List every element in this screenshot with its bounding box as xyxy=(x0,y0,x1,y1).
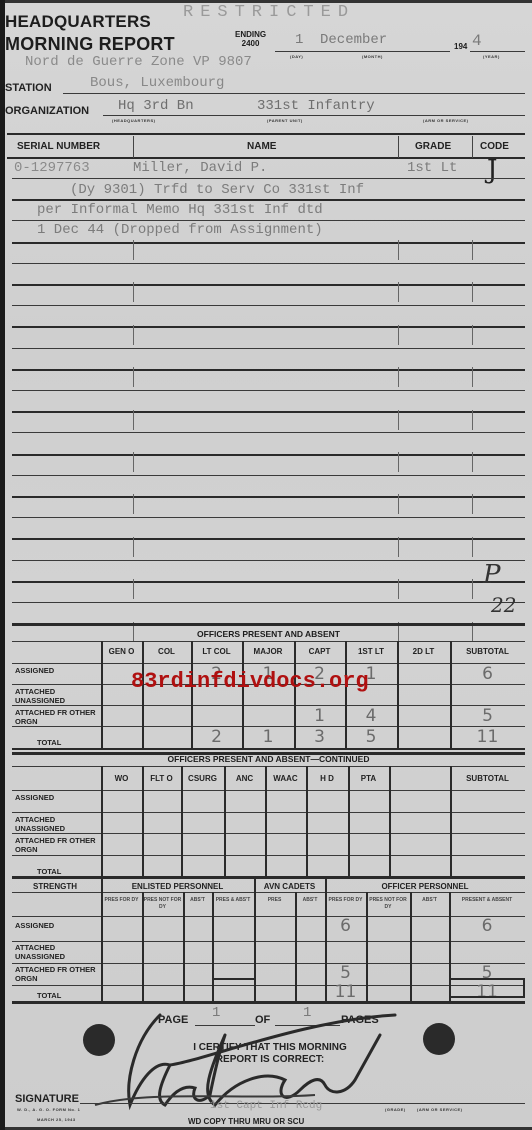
ruled-line xyxy=(12,220,525,221)
officer-count-cell: 4 xyxy=(345,706,397,726)
year-digit: 4 xyxy=(472,32,482,50)
officers-table-title: OFFICERS PRESENT AND ABSENT xyxy=(5,629,532,639)
organization-label: ORGANIZATION xyxy=(5,105,89,117)
ending-text: ENDING xyxy=(235,30,266,39)
ruled-line xyxy=(12,263,525,264)
roster-divider xyxy=(398,136,399,158)
ruled-divider xyxy=(133,494,134,514)
subcolumn-header: PRES FOR DY xyxy=(326,897,365,904)
station-underline xyxy=(63,93,525,94)
ruled-divider xyxy=(398,537,399,557)
station-label: STATION xyxy=(5,82,52,94)
ruled-line xyxy=(12,454,525,456)
ruled-divider xyxy=(133,325,134,345)
group-enlisted: ENLISTED PERSONNEL xyxy=(101,882,254,891)
column-header: ANC xyxy=(224,774,265,783)
year-underline xyxy=(470,51,525,52)
title-headquarters: HEADQUARTERS xyxy=(5,13,151,30)
signatory-rank: 1st Capt Inf Rcdg xyxy=(210,1100,322,1112)
ruled-line xyxy=(12,432,525,433)
column-header: LT COL xyxy=(191,647,242,656)
column-header: WAAC xyxy=(265,774,306,783)
officer-count-cell: 1 xyxy=(294,706,345,726)
column-header: SUBTOTAL xyxy=(450,647,525,656)
ruled-divider xyxy=(398,325,399,345)
column-header: H D xyxy=(306,774,348,783)
column-header: COL xyxy=(142,647,191,656)
punch-hole-right xyxy=(423,1023,455,1055)
row-label: TOTAL xyxy=(15,867,97,876)
grid-rule xyxy=(12,748,525,750)
row-label: ATTACHED FR OTHER ORGN xyxy=(15,965,97,983)
margin-mark-p: P xyxy=(483,560,501,590)
organization-hq: Hq 3rd Bn xyxy=(118,98,194,114)
ruled-divider xyxy=(133,367,134,387)
row-label: ASSIGNED xyxy=(15,921,97,930)
month-caption: (MONTH) xyxy=(362,54,383,59)
subcolumn-header: ABS'T xyxy=(411,897,448,904)
ruled-divider xyxy=(472,240,473,260)
row-label: ASSIGNED xyxy=(15,666,97,675)
col-code: CODE xyxy=(480,141,509,152)
ruled-line xyxy=(12,348,525,349)
grid-divider xyxy=(183,892,185,1001)
officers-cont-title: OFFICERS PRESENT AND ABSENT—CONTINUED xyxy=(5,754,532,764)
officer-count-cell: 5 xyxy=(450,706,525,726)
column-header: 1ST LT xyxy=(345,647,397,656)
ruled-divider xyxy=(472,579,473,599)
column-header: SUBTOTAL xyxy=(450,774,525,783)
row-label: ATTACHED UNASSIGNED xyxy=(15,943,97,961)
subcolumn-header: PRES xyxy=(255,897,294,904)
grid-rule xyxy=(12,641,525,642)
ruled-divider xyxy=(472,452,473,472)
column-header: CAPT xyxy=(294,647,345,656)
subcolumn-header: ABS'T xyxy=(184,897,211,904)
ruled-line xyxy=(12,305,525,306)
ruled-divider xyxy=(398,452,399,472)
roster-divider xyxy=(472,136,473,158)
grid-divider xyxy=(101,641,103,748)
column-header: CSURG xyxy=(181,774,224,783)
grid-rule xyxy=(12,790,525,791)
ruled-divider xyxy=(472,367,473,387)
grid-rule xyxy=(12,855,525,856)
row-label: TOTAL xyxy=(15,738,97,747)
ruled-line xyxy=(12,411,525,413)
year-caption: (YEAR) xyxy=(483,54,500,59)
column-header: 2D LT xyxy=(397,647,450,656)
ruled-divider xyxy=(133,240,134,260)
subcolumn-header: PRESENT & ABSENT xyxy=(450,897,524,904)
column-header: MAJOR xyxy=(242,647,294,656)
ruled-divider xyxy=(398,282,399,302)
strength-count-cell: 11 xyxy=(325,982,366,1002)
roster-header-rule xyxy=(7,157,525,159)
ruled-line xyxy=(12,326,525,328)
signature-label: SIGNATURE xyxy=(15,1093,79,1105)
ruled-line xyxy=(12,496,525,498)
subcolumn-header: PRES NOT FOR DY xyxy=(143,897,182,911)
ruled-line xyxy=(12,581,525,583)
row-label: ATTACHED FR OTHER ORGN xyxy=(15,836,97,854)
ruled-line xyxy=(12,538,525,540)
report-day: 1 xyxy=(295,32,303,48)
date-underline xyxy=(275,51,450,52)
grid-rule xyxy=(12,812,525,813)
col-serial-number: SERIAL NUMBER xyxy=(17,141,100,152)
column-header: PTA xyxy=(348,774,389,783)
year-prefix: 194 xyxy=(454,42,467,51)
ruled-line xyxy=(12,369,525,371)
ruled-line xyxy=(12,390,525,391)
officers-top-rule xyxy=(12,623,525,626)
ruled-divider xyxy=(133,537,134,557)
entry-name: Miller, David P. xyxy=(133,160,267,176)
column-header: FLT O xyxy=(142,774,181,783)
ruled-line xyxy=(12,178,525,179)
form-id: W. D., A. G. O. FORM No. 1 xyxy=(17,1107,80,1112)
day-caption: (DAY) xyxy=(290,54,303,59)
officer-count-cell: 6 xyxy=(450,664,525,684)
ruled-divider xyxy=(133,410,134,430)
column-header: WO xyxy=(101,774,142,783)
ruled-line xyxy=(12,199,525,201)
officer-count-cell: 2 xyxy=(191,727,242,747)
remark-line-3: 1 Dec 44 (Dropped from Assignment) xyxy=(37,222,323,238)
ruled-line xyxy=(12,475,525,476)
col-grade: GRADE xyxy=(415,141,451,152)
ruled-divider xyxy=(472,282,473,302)
organization-underline xyxy=(103,115,525,116)
grid-rule xyxy=(12,833,525,834)
col-name: NAME xyxy=(247,141,276,152)
ruled-line xyxy=(12,602,525,603)
roster-divider xyxy=(133,136,134,158)
strength-top-rule xyxy=(12,876,525,879)
ruled-divider xyxy=(133,452,134,472)
ending-time: 2400 xyxy=(235,39,266,48)
row-label: ATTACHED UNASSIGNED xyxy=(15,687,97,705)
parent-caption: (PARENT UNIT) xyxy=(267,118,303,123)
arm-caption: (ARM OR SERVICE) xyxy=(423,118,468,123)
classification-stamp: RESTRICTED xyxy=(183,3,355,22)
remark-line-1: (Dy 9301) Trfd to Serv Co 331st Inf xyxy=(70,182,364,198)
subcolumn-header: PRES & ABS'T xyxy=(213,897,253,904)
row-label: ATTACHED FR OTHER ORGN xyxy=(15,708,97,726)
copy-note: WD COPY THRU MRU OR SCU xyxy=(188,1117,304,1126)
grid-rule xyxy=(12,705,525,706)
roster-top-rule xyxy=(7,133,525,135)
subcolumn-header: ABS'T xyxy=(296,897,324,904)
entry-serial: 0-1297763 xyxy=(14,160,90,176)
strength-count-cell: 6 xyxy=(325,916,366,936)
ruled-divider xyxy=(133,282,134,302)
ruled-divider xyxy=(398,410,399,430)
grid-divider xyxy=(295,892,297,1001)
subcolumn-header: PRES FOR DY xyxy=(102,897,141,904)
group-officer-personnel: OFFICER PERSONNEL xyxy=(325,882,525,891)
subcolumn-header: PRES NOT FOR DY xyxy=(367,897,409,911)
margin-mark-22: 22 xyxy=(491,593,516,617)
entry-grade: 1st Lt xyxy=(407,160,457,176)
row-label: ATTACHED UNASSIGNED xyxy=(15,815,97,833)
grid-divider xyxy=(397,641,399,748)
officer-count-cell: 11 xyxy=(450,727,525,747)
grade-caption: (GRADE) xyxy=(385,1107,406,1112)
ruled-line xyxy=(12,517,525,518)
grid-divider xyxy=(142,641,144,748)
row-label: ASSIGNED xyxy=(15,793,97,802)
ruled-divider xyxy=(472,410,473,430)
ruled-divider xyxy=(398,579,399,599)
strength-label: STRENGTH xyxy=(15,882,95,891)
ruled-divider xyxy=(472,537,473,557)
officer-count-cell: 3 xyxy=(294,727,345,747)
ruled-divider xyxy=(133,579,134,599)
grid-rule xyxy=(12,766,525,767)
watermark: 83rdinfdivdocs.org xyxy=(131,669,369,694)
strength-count-cell: 6 xyxy=(449,916,525,936)
ending-label: ENDING 2400 xyxy=(235,30,266,48)
organization-parent: 331st Infantry xyxy=(257,98,375,114)
strength-count-cell: 5 xyxy=(325,963,366,983)
officer-count-cell: 1 xyxy=(242,727,294,747)
ruled-divider xyxy=(398,240,399,260)
officer-count-cell: 5 xyxy=(345,727,397,747)
footer-top-rule xyxy=(12,1001,525,1004)
total-box xyxy=(449,978,525,998)
grid-divider xyxy=(410,892,412,1001)
location-line: Nord de Guerre Zone VP 9807 xyxy=(25,54,252,70)
title-morning-report: MORNING REPORT xyxy=(5,35,175,53)
morning-report-form: HEADQUARTERS MORNING REPORT RESTRICTED E… xyxy=(5,0,532,1130)
form-date: MARCH 25, 1943 xyxy=(37,1117,76,1122)
row-label: TOTAL xyxy=(15,991,97,1000)
ruled-divider xyxy=(472,494,473,514)
ruled-line xyxy=(12,242,525,244)
grid-divider xyxy=(389,766,391,876)
entry-code: J xyxy=(487,155,497,185)
ruled-line xyxy=(12,284,525,286)
ruled-divider xyxy=(472,325,473,345)
station-value: Bous, Luxembourg xyxy=(90,75,224,91)
remark-line-2: per Informal Memo Hq 331st Inf dtd xyxy=(37,202,323,218)
ruled-divider xyxy=(398,494,399,514)
ruled-line xyxy=(12,560,525,561)
total-box-enlisted xyxy=(212,978,254,1000)
column-header: GEN O xyxy=(101,647,142,656)
arm-service-caption: (ARM OR SERVICE) xyxy=(417,1107,462,1112)
group-avn-cadets: AVN CADETS xyxy=(254,882,325,891)
ruled-divider xyxy=(398,367,399,387)
report-month: December xyxy=(320,32,387,48)
hq-caption: (HEADQUARTERS) xyxy=(112,118,155,123)
